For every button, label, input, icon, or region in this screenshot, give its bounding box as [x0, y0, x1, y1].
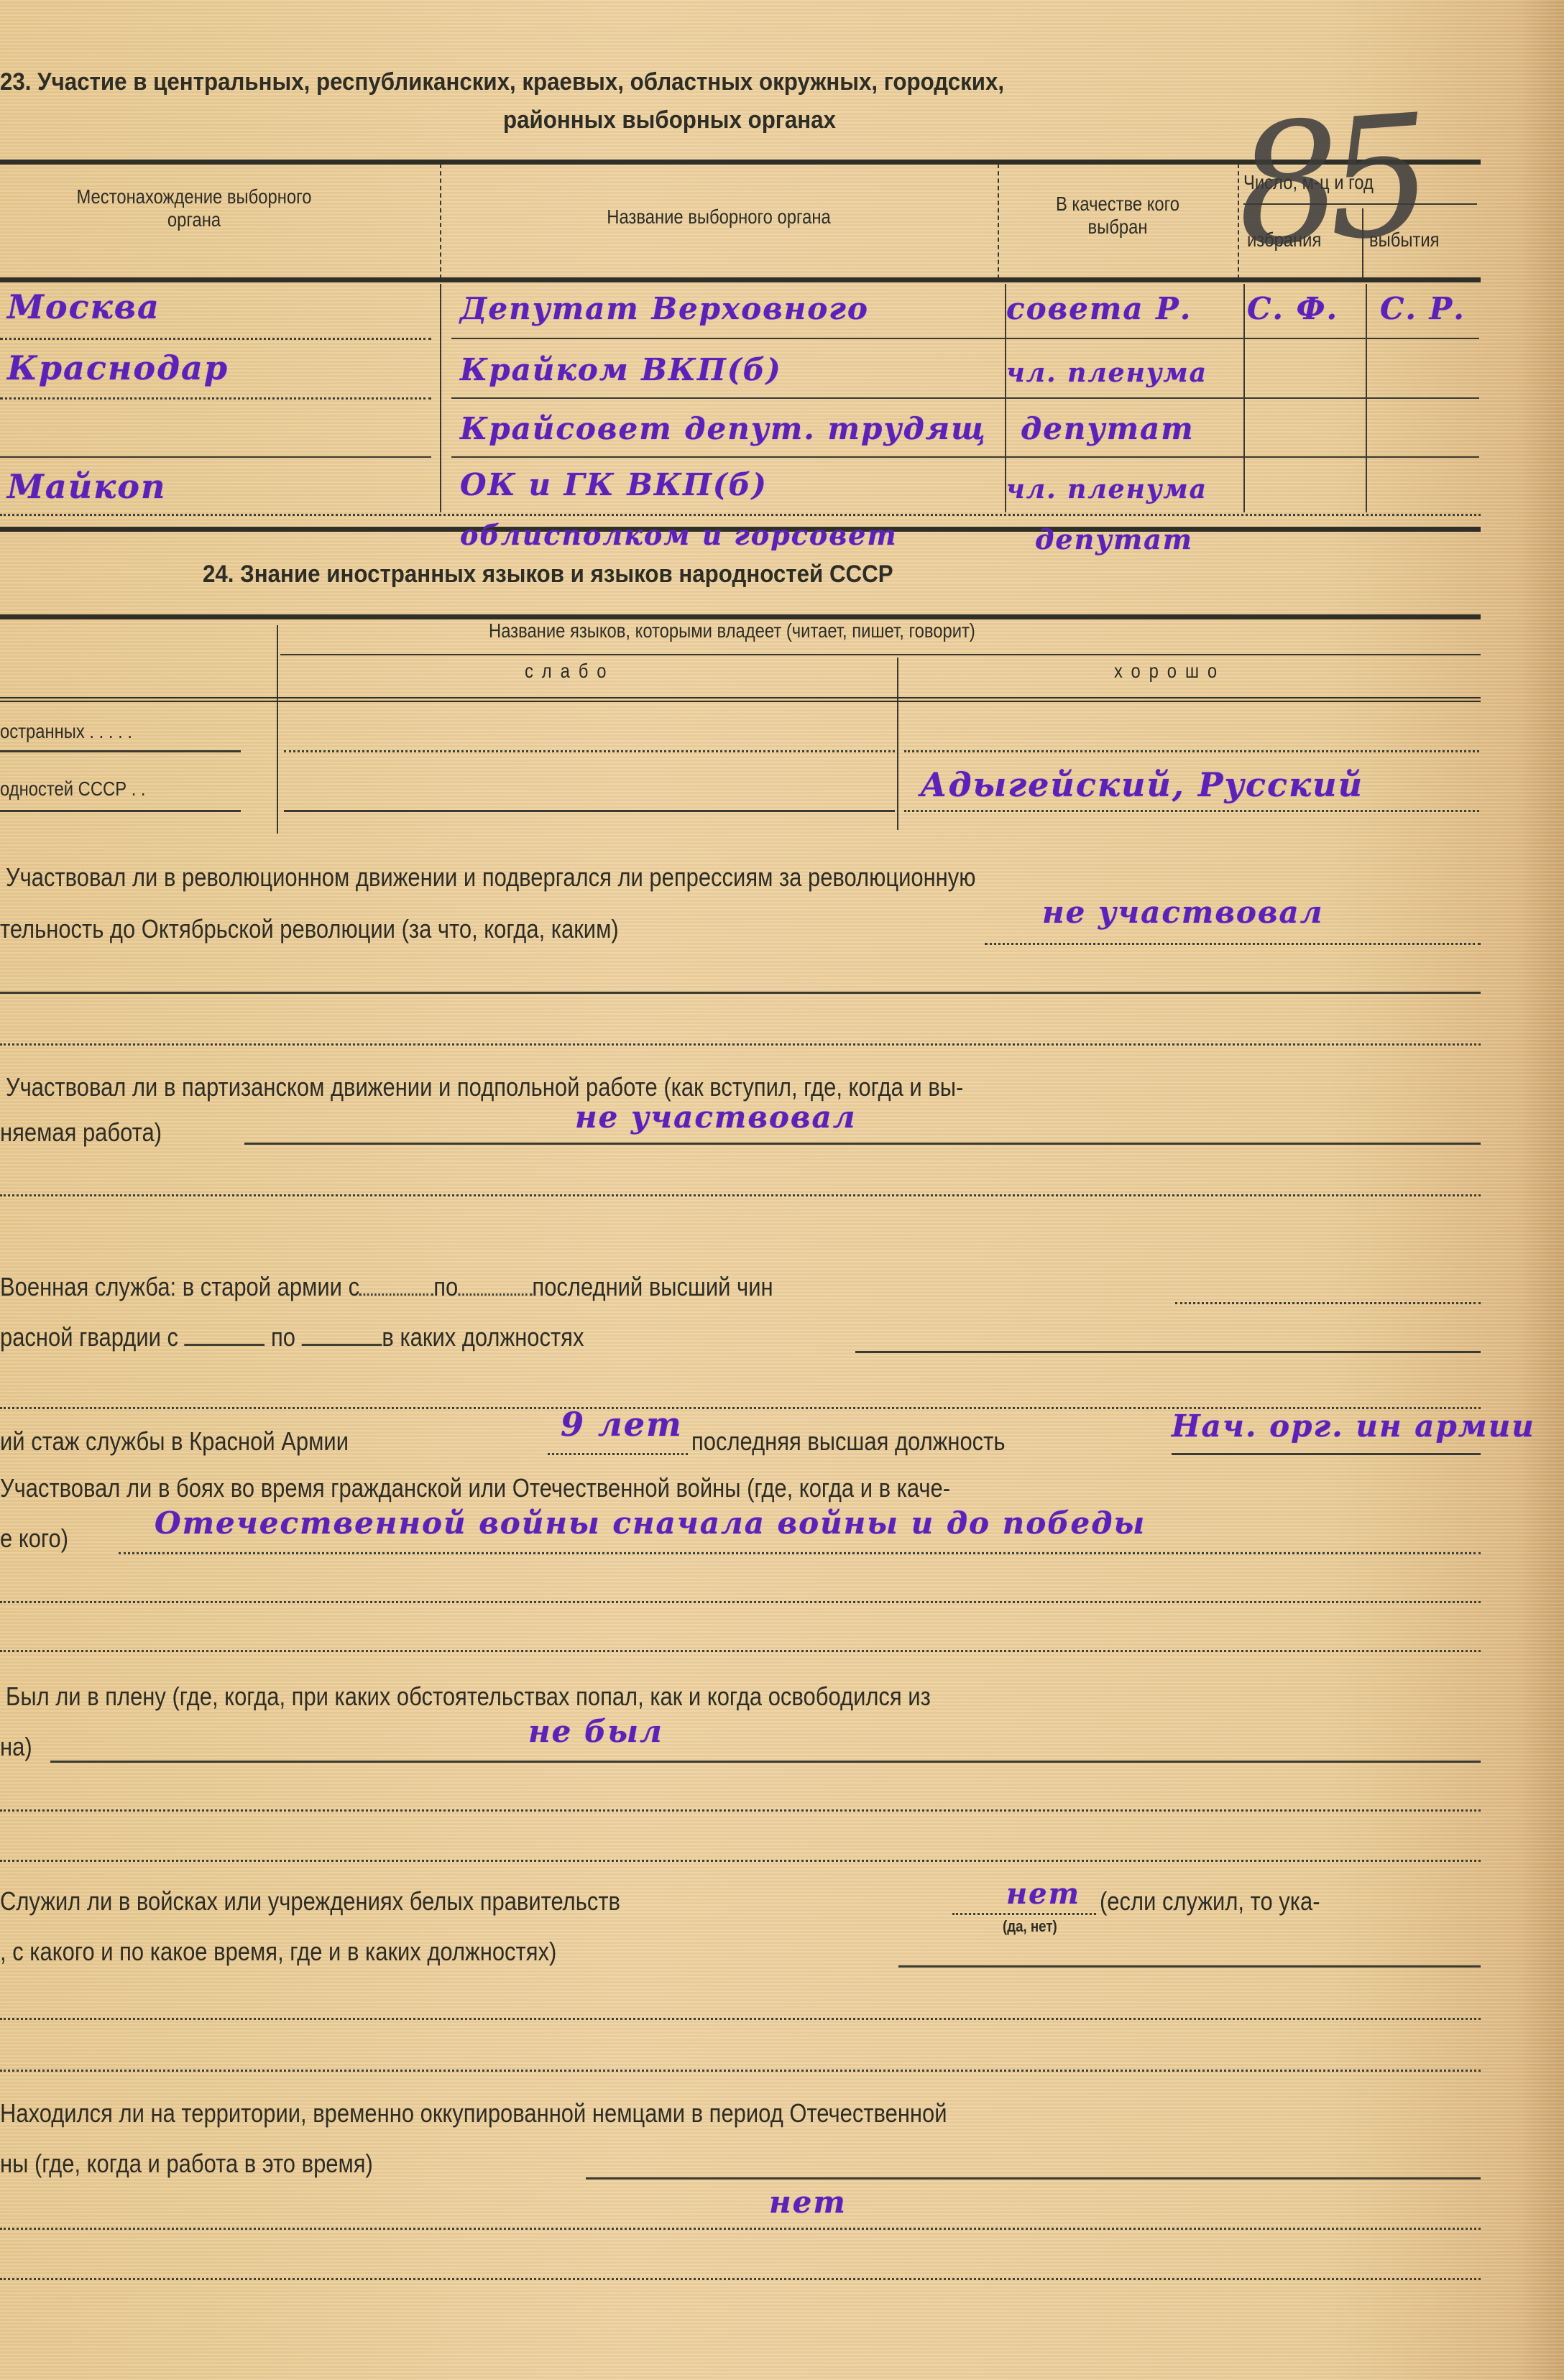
answer-line [0, 1650, 1481, 1652]
row-line [451, 397, 1479, 399]
row4-location: Майкоп [7, 467, 166, 506]
row3-organ: Крайсовет депут. трудящ [460, 411, 987, 446]
row-ussr-good: Адыгейский, Русский [920, 765, 1363, 804]
row2-organ: Крайком ВКП(б) [460, 352, 782, 387]
row-line [451, 338, 1479, 339]
field-red-guard-from[interactable] [185, 1344, 265, 1346]
divider [280, 654, 1481, 655]
row1-organ: Депутат Верховного [460, 291, 869, 326]
row-line [0, 810, 241, 812]
question-white-l1a: Служил ли в войсках или учреждениях белы… [0, 1886, 620, 1917]
col-capacity-header: В качестве кого выбран [1017, 193, 1219, 239]
question-captivity-l1: Был ли в плену (где, когда, при каких об… [6, 1682, 931, 1712]
field-old-army-to[interactable] [458, 1293, 532, 1296]
answer-line [0, 1601, 1481, 1603]
answer-line [0, 2228, 1481, 2230]
question-battles-l2: е кого) [0, 1523, 68, 1554]
question-occupied-l1: Находился ли на территории, временно окк… [0, 2098, 947, 2128]
answer-line [0, 992, 1481, 994]
answer-line [0, 2070, 1481, 2072]
answer-line [548, 1453, 688, 1455]
question-revolution-l1: Участвовал ли в революционном движении и… [6, 862, 975, 892]
answer-partisan: не участвовал [575, 1099, 856, 1135]
answer-line [898, 1965, 1481, 1968]
table24-header-border [0, 697, 1481, 705]
row5-capacity: депутат [1035, 523, 1193, 555]
col-good-header: хорошо [1114, 660, 1225, 683]
row-line [451, 456, 1479, 458]
row1-date-elected: С. Ф. [1247, 291, 1338, 326]
answer-line [985, 943, 1481, 945]
answer-captivity: не был [528, 1714, 663, 1749]
row3-capacity: депутат [1021, 411, 1195, 446]
row1-capacity: совета Р. [1006, 291, 1192, 326]
field-old-army-rank[interactable] [1175, 1302, 1481, 1304]
col-weak-header: слабо [525, 660, 615, 683]
answer-service: 9 лет [561, 1405, 683, 1444]
answer-line [119, 1552, 1481, 1554]
answer-line [244, 1143, 1481, 1145]
answer-line [50, 1761, 1481, 1763]
table24-top-border [0, 614, 1481, 619]
answer-white: нет [1006, 1877, 1080, 1911]
divider [998, 164, 999, 279]
row1-location: Москва [7, 287, 160, 326]
row-line [0, 397, 431, 400]
col-location-header: Местонахождение выборного органа [29, 185, 359, 231]
question-military-l1: Военная служба: в старой армии спопослед… [0, 1272, 773, 1302]
section23-title-line2: районных выборных органах [503, 106, 836, 134]
answer-battles: Отечественной войны сначала войны и до п… [155, 1505, 1146, 1541]
row4-organ: ОК и ГК ВКП(б) [460, 467, 768, 502]
row5-organ: облисполком и горсовет [460, 519, 898, 551]
divider [440, 164, 441, 279]
question-white-l1b: (если служил, то ука- [1100, 1886, 1320, 1917]
row-line [0, 338, 431, 340]
question-partisan-l1: Участвовал ли в партизанском движении и … [6, 1072, 963, 1102]
row-ussr-label: одностей СССР . . [0, 778, 146, 801]
row-line [284, 750, 895, 752]
field-old-army-from[interactable] [359, 1293, 433, 1296]
question-battles-l1: Участвовал ли в боях во время гражданско… [0, 1473, 950, 1503]
col-organ-header: Название выборного органа [487, 206, 951, 229]
table24-header: Название языков, которыми владеет (читае… [489, 619, 975, 642]
row4-capacity: чл. пленума [1006, 474, 1207, 504]
question-military-l2: расной гвардии с по в каких должностях [0, 1322, 584, 1352]
question-partisan-l2: няемая работа) [0, 1117, 162, 1148]
answer-revolution: не участвовал [1042, 895, 1323, 930]
row-line [904, 810, 1479, 812]
answer-line [0, 1809, 1481, 1812]
divider [277, 625, 278, 834]
question-position-label: последняя высшая должность [691, 1426, 1005, 1457]
divider [897, 658, 898, 830]
answer-line [0, 1194, 1481, 1196]
question-white-l2: , с какого и по какое время, где и в как… [0, 1937, 556, 1967]
answer-line [1172, 1453, 1481, 1455]
row-line [0, 514, 1481, 516]
question-occupied-l2: ны (где, когда и работа в это время) [0, 2149, 373, 2179]
row2-location: Краснодар [7, 349, 229, 387]
row-line [284, 810, 895, 812]
answer-position: Нач. орг. ин армии [1172, 1408, 1535, 1444]
answer-line [0, 2278, 1481, 2280]
answer-line [0, 2018, 1481, 2020]
row-line [0, 750, 241, 752]
row-foreign-label: остранных . . . . . [0, 720, 132, 743]
question-revolution-l2: тельность до Октябрьской революции (за ч… [0, 914, 619, 944]
hint-yes-no: (да, нет) [1003, 1917, 1057, 1936]
pencil-page-number: 85 [1230, 80, 1425, 285]
answer-occupied: нет [769, 2185, 847, 2220]
section23-title-line1: 23. Участие в центральных, республиканск… [0, 68, 1004, 96]
answer-line [586, 2177, 1481, 2180]
divider [440, 284, 441, 512]
answer-line [0, 1043, 1481, 1046]
field-red-guard-to[interactable] [302, 1344, 382, 1346]
row-line [0, 456, 431, 458]
row1-date-left: С. Р. [1380, 291, 1466, 326]
row2-capacity: чл. пленума [1006, 358, 1207, 388]
section24-title: 24. Знание иностранных языков и языков н… [203, 561, 893, 589]
field-white-yes-no[interactable] [952, 1913, 1096, 1915]
row-line [904, 750, 1479, 752]
question-service-label: ий стаж службы в Красной Армии [0, 1426, 349, 1457]
question-captivity-l2: на) [0, 1732, 32, 1762]
field-red-guard-positions[interactable] [855, 1351, 1481, 1353]
answer-line [0, 1860, 1481, 1862]
